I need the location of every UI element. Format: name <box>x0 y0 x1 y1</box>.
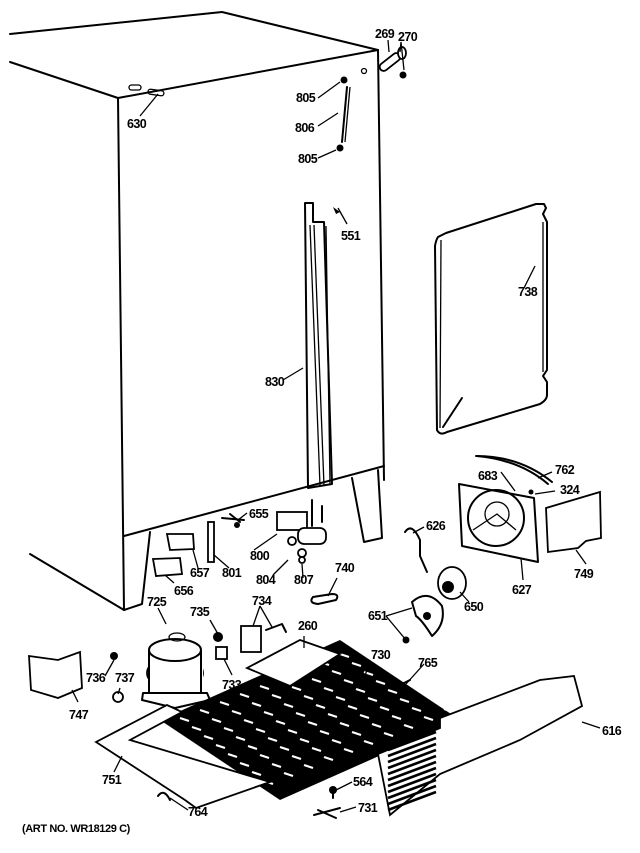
callout-655: 655 <box>249 507 269 521</box>
callout-801: 801 <box>222 566 242 580</box>
callout-734: 734 <box>252 594 272 608</box>
callout-804: 804 <box>256 573 276 587</box>
callout-324: 324 <box>560 483 580 497</box>
water-line-tube <box>208 522 214 562</box>
callout-765: 765 <box>418 656 438 670</box>
exploded-parts-diagram: 269 270 630 805 806 805 551 738 830 655 … <box>0 0 640 853</box>
callout-738: 738 <box>518 285 538 299</box>
callout-630: 630 <box>127 117 147 131</box>
callout-764: 764 <box>188 805 208 819</box>
callout-551: 551 <box>341 229 361 243</box>
callout-627: 627 <box>512 583 532 597</box>
water-valve <box>277 500 326 563</box>
fan-blade <box>403 596 443 644</box>
callout-747: 747 <box>69 708 89 722</box>
callout-751: 751 <box>102 773 122 787</box>
fan-cover <box>546 492 601 552</box>
callout-736: 736 <box>86 671 106 685</box>
compressor <box>142 633 210 708</box>
fan-shroud <box>459 484 538 562</box>
callout-270: 270 <box>398 30 418 44</box>
callout-735: 735 <box>190 605 210 619</box>
callout-749: 749 <box>574 567 594 581</box>
callout-737: 737 <box>115 671 135 685</box>
thermostat-wire <box>405 528 427 572</box>
callout-656: 656 <box>174 584 194 598</box>
center-mullion-channel <box>305 203 332 488</box>
tube-clip <box>311 594 337 604</box>
callout-650: 650 <box>464 600 484 614</box>
callout-626: 626 <box>426 519 446 533</box>
callout-800: 800 <box>250 549 270 563</box>
callout-731: 731 <box>358 801 378 815</box>
callout-651: 651 <box>368 609 388 623</box>
callout-564: 564 <box>353 775 373 789</box>
callout-805-lower: 805 <box>298 152 318 166</box>
callout-740: 740 <box>335 561 355 575</box>
cover-747 <box>29 652 82 698</box>
callout-616: 616 <box>602 724 622 738</box>
callout-806: 806 <box>295 121 315 135</box>
water-tube-assembly <box>333 77 350 215</box>
callout-805-upper: 805 <box>296 91 316 105</box>
art-number: (ART NO. WR18129 C) <box>22 823 131 835</box>
callout-725: 725 <box>147 595 167 609</box>
callout-807: 807 <box>294 573 314 587</box>
callout-683: 683 <box>478 469 498 483</box>
relay-boxes <box>153 534 194 576</box>
callout-657: 657 <box>190 566 210 580</box>
heater-loop <box>435 204 547 434</box>
callout-830: 830 <box>265 375 285 389</box>
callout-269: 269 <box>375 27 395 41</box>
callout-730: 730 <box>371 648 391 662</box>
callout-762: 762 <box>555 463 575 477</box>
callout-260: 260 <box>298 619 318 633</box>
callout-733: 733 <box>222 678 242 692</box>
